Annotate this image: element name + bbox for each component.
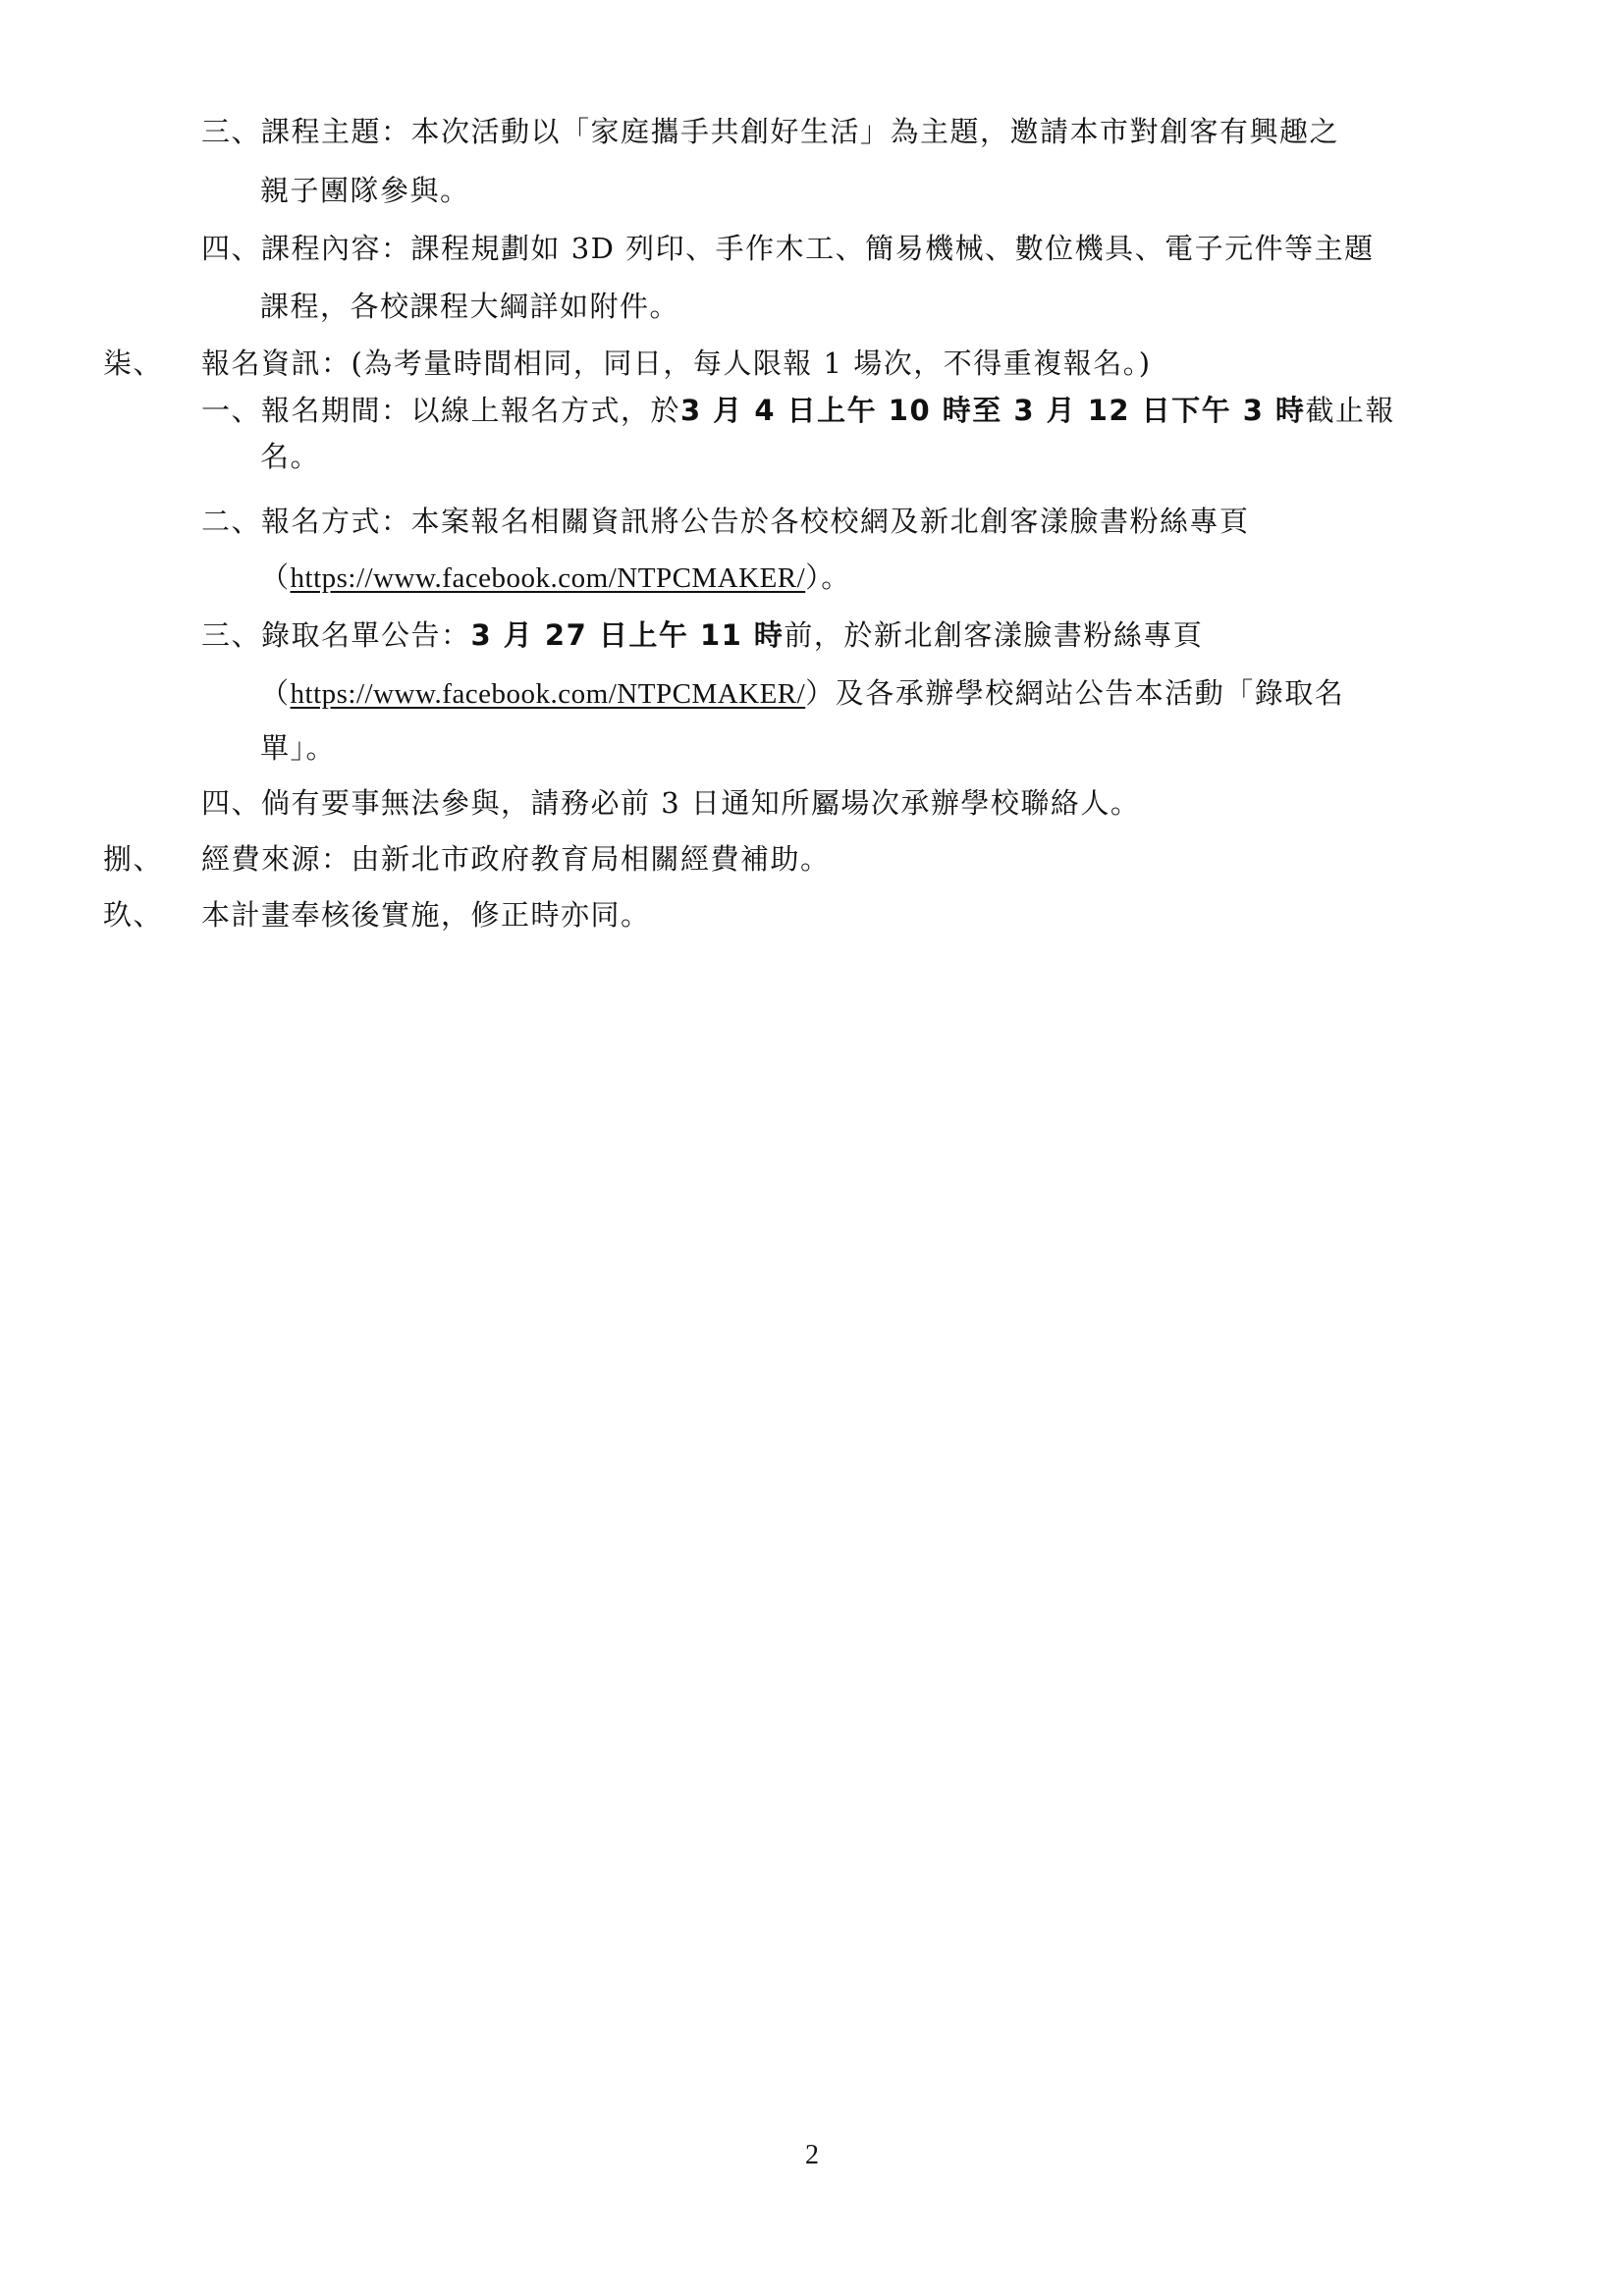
page-number: 2 <box>0 2140 1624 2171</box>
item-2-line-2: （https://www.facebook.com/NTPCMAKER/）。 <box>260 560 851 596</box>
chapter-9-marker: 玖、 <box>103 897 201 933</box>
item-2-close-paren: ）。 <box>805 561 851 594</box>
item-2-line-1: 二、報名方式：本案報名相關資訊將公告於各校校網及新北創客漾臉書粉絲專頁 <box>201 504 1250 539</box>
item-3-line-1: 三、錄取名單公告：3 月 27 日上午 11 時前，於新北創客漾臉書粉絲專頁 <box>201 617 1203 653</box>
item-3-continuation: 單」。 <box>260 731 336 765</box>
item-2-marker: 二、 <box>201 505 261 538</box>
chapter-7-marker: 柒、 <box>103 346 201 381</box>
item-4-marker: 四、 <box>201 786 261 820</box>
item-1-marker: 一、 <box>201 394 261 427</box>
registration-period-dates: 3 月 4 日上午 10 時至 3 月 12 日下午 3 時 <box>680 394 1305 427</box>
section-3-text: 課程主題：本次活動以「家庭攜手共創好生活」為主題，邀請本市對創客有興趣之 <box>261 115 1339 148</box>
section-4-text: 課程內容：課程規劃如 3D 列印、手作木工、簡易機械、數位機具、電子元件等主題 <box>261 232 1375 265</box>
item-3-prefix: 錄取名單公告： <box>261 618 471 652</box>
item-2-text: 報名方式：本案報名相關資訊將公告於各校校網及新北創客漾臉書粉絲專頁 <box>261 505 1250 538</box>
chapter-7-heading: 柒、報名資訊：(為考量時間相同，同日，每人限報 1 場次，不得重複報名。) <box>103 346 1152 381</box>
item-3-line-2: （https://www.facebook.com/NTPCMAKER/）及各承… <box>260 675 1344 712</box>
item-3-marker: 三、 <box>201 618 261 652</box>
facebook-page-link[interactable]: https://www.facebook.com/NTPCMAKER/ <box>291 562 806 594</box>
item-1-line-1: 一、報名期間：以線上報名方式，於3 月 4 日上午 10 時至 3 月 12 日… <box>201 393 1395 428</box>
item-1-continuation: 名。 <box>260 440 320 473</box>
section-3-line-2: 親子團隊參與。 <box>260 173 470 208</box>
section-3-continuation: 親子團隊參與。 <box>260 174 470 207</box>
chapter-8: 捌、經費來源：由新北市政府教育局相關經費補助。 <box>103 841 831 877</box>
item-3-suffix: 前，於新北創客漾臉書粉絲專頁 <box>784 618 1203 652</box>
section-4-marker: 四、 <box>201 232 261 265</box>
item-1-suffix: 截止報 <box>1306 394 1396 427</box>
section-3-line-1: 三、課程主題：本次活動以「家庭攜手共創好生活」為主題，邀請本市對創客有興趣之 <box>201 114 1339 149</box>
chapter-8-marker: 捌、 <box>103 841 201 877</box>
chapter-9-text: 本計畫奉核後實施，修正時亦同。 <box>201 898 651 932</box>
section-4-line-2: 課程，各校課程大綱詳如附件。 <box>260 289 679 324</box>
item-2-open-paren: （ <box>260 561 291 594</box>
item-3-after-url: ）及各承辦學校網站公告本活動「錄取名 <box>805 676 1344 710</box>
item-4-line-1: 四、倘有要事無法參與，請務必前 3 日通知所屬場次承辦學校聯絡人。 <box>201 785 1140 821</box>
section-4-line-1: 四、課程內容：課程規劃如 3D 列印、手作木工、簡易機械、數位機具、電子元件等主… <box>201 231 1375 266</box>
announcement-date: 3 月 27 日上午 11 時 <box>471 618 785 652</box>
section-3-marker: 三、 <box>201 115 261 148</box>
item-1-line-2: 名。 <box>260 439 320 474</box>
facebook-page-link-2[interactable]: https://www.facebook.com/NTPCMAKER/ <box>291 678 806 710</box>
chapter-9: 玖、本計畫奉核後實施，修正時亦同。 <box>103 897 651 933</box>
chapter-8-text: 經費來源：由新北市政府教育局相關經費補助。 <box>201 842 831 876</box>
item-3-open-paren: （ <box>260 676 291 710</box>
chapter-7-title: 報名資訊：(為考量時間相同，同日，每人限報 1 場次，不得重複報名。) <box>201 347 1152 380</box>
item-3-line-3: 單」。 <box>260 730 336 766</box>
section-4-continuation: 課程，各校課程大綱詳如附件。 <box>260 290 679 323</box>
item-4-text: 倘有要事無法參與，請務必前 3 日通知所屬場次承辦學校聯絡人。 <box>261 786 1140 820</box>
item-1-prefix: 報名期間：以線上報名方式，於 <box>261 394 680 427</box>
